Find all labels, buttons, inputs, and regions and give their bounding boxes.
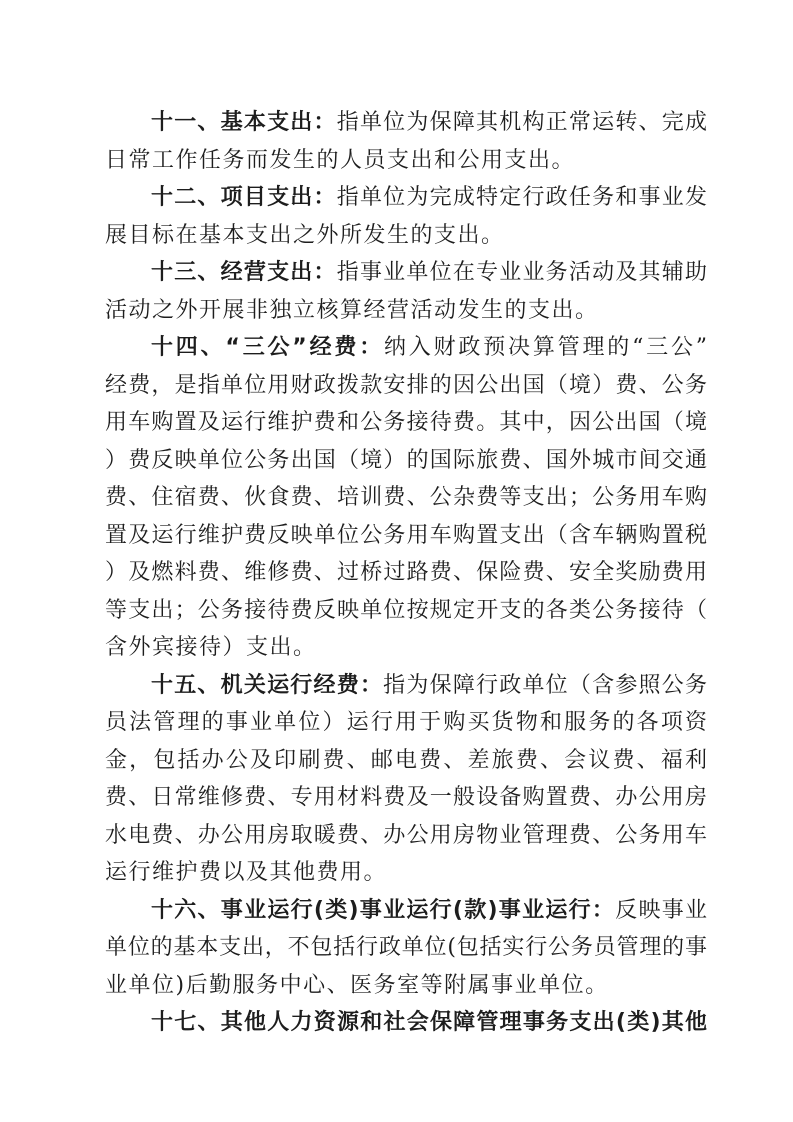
paragraph-heading: 十一、基本支出： xyxy=(151,110,337,135)
paragraph-text: 含外宾接待）支出。 xyxy=(105,635,317,660)
text-line: 业单位)后勤服务中心、医务室等附属事业单位。 xyxy=(105,967,707,1005)
paragraph-text: 纳入财政预决算管理的“三公” xyxy=(384,335,707,360)
text-line: 置及运行维护费反映单位公务用车购置支出（含车辆购置税 xyxy=(105,517,707,555)
paragraph-text: 员法管理的事业单位）运行用于购买货物和服务的各项资 xyxy=(105,710,707,735)
paragraph-text: 日常工作任务而发生的人员支出和公用支出。 xyxy=(105,148,575,173)
paragraph-text: 指事业单位在专业业务活动及其辅助 xyxy=(337,260,707,285)
document-page: 十一、基本支出：指单位为保障其机构正常运转、完成日常工作任务而发生的人员支出和公… xyxy=(0,0,793,1122)
text-line: 金，包括办公及印刷费、邮电费、差旅费、会议费、福利 xyxy=(105,742,707,780)
paragraph-text: 业单位)后勤服务中心、医务室等附属事业单位。 xyxy=(105,973,609,998)
text-line: 日常工作任务而发生的人员支出和公用支出。 xyxy=(105,142,707,180)
text-line: 用车购置及运行维护费和公务接待费。其中，因公出国（境 xyxy=(105,404,707,442)
paragraph-text: 指单位为保障其机构正常运转、完成 xyxy=(337,110,707,135)
text-line: 单位的基本支出，不包括行政单位(包括实行公务员管理的事 xyxy=(105,929,707,967)
text-line: 经费，是指单位用财政拨款安排的因公出国（境）费、公务 xyxy=(105,367,707,405)
paragraph-text: 指单位为完成特定行政任务和事业发 xyxy=(337,185,707,210)
paragraph-first-line: 十四、“三公”经费：纳入财政预决算管理的“三公” xyxy=(105,329,707,367)
text-line: 员法管理的事业单位）运行用于购买货物和服务的各项资 xyxy=(105,704,707,742)
paragraph-heading: 十三、经营支出： xyxy=(151,260,337,285)
paragraph-heading: 十六、事业运行(类)事业运行(款)事业运行： xyxy=(151,898,615,923)
paragraph-text: 费、住宿费、伙食费、培训费、公杂费等支出；公务用车购 xyxy=(105,485,707,510)
paragraph-first-line: 十六、事业运行(类)事业运行(款)事业运行：反映事业 xyxy=(105,892,707,930)
paragraph-text: 等支出；公务接待费反映单位按规定开支的各类公务接待（ xyxy=(105,598,707,623)
text-line: ）费反映单位公务出国（境）的国际旅费、国外城市间交通 xyxy=(105,442,707,480)
paragraph-heading: 十四、“三公”经费： xyxy=(151,335,384,360)
paragraph-text: 用车购置及运行维护费和公务接待费。其中，因公出国（境 xyxy=(105,410,707,435)
paragraph-first-line: 十二、项目支出：指单位为完成特定行政任务和事业发 xyxy=(105,179,707,217)
paragraph-first-line: 十七、其他人力资源和社会保障管理事务支出(类)其他 xyxy=(105,1004,707,1042)
paragraph-text: 置及运行维护费反映单位公务用车购置支出（含车辆购置税 xyxy=(105,523,707,548)
paragraph-first-line: 十五、机关运行经费：指为保障行政单位（含参照公务 xyxy=(105,667,707,705)
paragraph-text: 金，包括办公及印刷费、邮电费、差旅费、会议费、福利 xyxy=(105,748,707,773)
paragraph-heading: 十七、其他人力资源和社会保障管理事务支出(类)其他 xyxy=(151,1010,707,1035)
text-line: ）及燃料费、维修费、过桥过路费、保险费、安全奖励费用 xyxy=(105,554,707,592)
text-line: 水电费、办公用房取暖费、办公用房物业管理费、公务用车 xyxy=(105,817,707,855)
text-line: 展目标在基本支出之外所发生的支出。 xyxy=(105,217,707,255)
paragraph-text: ）及燃料费、维修费、过桥过路费、保险费、安全奖励费用 xyxy=(105,560,707,585)
text-line: 含外宾接待）支出。 xyxy=(105,629,707,667)
document-body: 十一、基本支出：指单位为保障其机构正常运转、完成日常工作任务而发生的人员支出和公… xyxy=(105,104,707,1042)
paragraph-first-line: 十一、基本支出：指单位为保障其机构正常运转、完成 xyxy=(105,104,707,142)
paragraph-text: ）费反映单位公务出国（境）的国际旅费、国外城市间交通 xyxy=(105,448,707,473)
text-line: 运行维护费以及其他费用。 xyxy=(105,854,707,892)
paragraph-text: 反映事业 xyxy=(615,898,707,923)
text-line: 等支出；公务接待费反映单位按规定开支的各类公务接待（ xyxy=(105,592,707,630)
paragraph-text: 经费，是指单位用财政拨款安排的因公出国（境）费、公务 xyxy=(105,373,707,398)
text-line: 费、日常维修费、专用材料费及一般设备购置费、办公用房 xyxy=(105,779,707,817)
text-line: 活动之外开展非独立核算经营活动发生的支出。 xyxy=(105,292,707,330)
paragraph-text: 指为保障行政单位（含参照公务 xyxy=(383,673,707,698)
paragraph-text: 费、日常维修费、专用材料费及一般设备购置费、办公用房 xyxy=(105,785,707,810)
paragraph-text: 运行维护费以及其他费用。 xyxy=(105,860,387,885)
paragraph-text: 展目标在基本支出之外所发生的支出。 xyxy=(105,223,505,248)
paragraph-text: 水电费、办公用房取暖费、办公用房物业管理费、公务用车 xyxy=(105,823,707,848)
text-line: 费、住宿费、伙食费、培训费、公杂费等支出；公务用车购 xyxy=(105,479,707,517)
paragraph-heading: 十二、项目支出： xyxy=(151,185,337,210)
paragraph-first-line: 十三、经营支出：指事业单位在专业业务活动及其辅助 xyxy=(105,254,707,292)
paragraph-heading: 十五、机关运行经费： xyxy=(151,673,383,698)
paragraph-text: 单位的基本支出，不包括行政单位(包括实行公务员管理的事 xyxy=(105,935,707,960)
paragraph-text: 活动之外开展非独立核算经营活动发生的支出。 xyxy=(105,298,599,323)
